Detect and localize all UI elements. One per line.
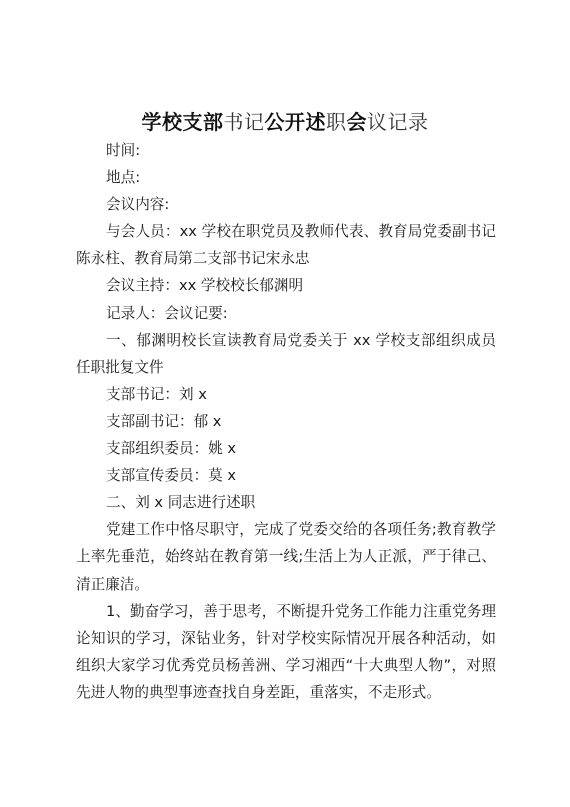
attendees: 与会人员：xx 学校在职党员及教师代表、教育局党委副书记陈永柱、教育局第二支部书… (76, 218, 496, 272)
recorder: 记录人：会议记要: (76, 300, 496, 327)
publicity-committee-member: 支部宣传委员：莫 x (76, 462, 496, 489)
meeting-content-label: 会议内容: (76, 191, 496, 218)
title-part: 会 (347, 110, 368, 134)
branch-deputy-secretary: 支部副书记：郁 x (76, 408, 496, 435)
title-part: 公开述 (265, 110, 327, 134)
point-one-paragraph: 1、勤奋学习，善于思考，不断提升党务工作能力注重党务理论知识的学习，深钻业务，针… (76, 598, 496, 706)
summary-paragraph: 党建工作中恪尽职守，完成了党委交给的各项任务;教育教学上率先垂范，始终站在教育第… (76, 516, 496, 597)
meeting-location: 地点: (76, 164, 496, 191)
section-one-heading: 一、郁渊明校长宣读教育局党委关于 xx 学校支部组织成员任职批复文件 (76, 327, 496, 381)
meeting-time: 时间: (76, 137, 496, 164)
meeting-host: 会议主持：xx 学校校长郁渊明 (76, 272, 496, 299)
section-two-heading: 二、刘 x 同志进行述职 (76, 489, 496, 516)
branch-secretary: 支部书记：刘 x (76, 381, 496, 408)
title-part: 议记录 (367, 110, 429, 134)
organization-committee-member: 支部组织委员：姚 x (76, 435, 496, 462)
document-title: 学校支部书记公开述职会议记录 (0, 108, 570, 136)
title-part: 书记 (224, 110, 265, 134)
title-part: 学校支部 (142, 110, 224, 134)
document-page: 学校支部书记公开述职会议记录 时间: 地点: 会议内容: 与会人员：xx 学校在… (0, 0, 570, 807)
document-body: 时间: 地点: 会议内容: 与会人员：xx 学校在职党员及教师代表、教育局党委副… (76, 137, 496, 706)
title-part: 职 (326, 110, 347, 134)
